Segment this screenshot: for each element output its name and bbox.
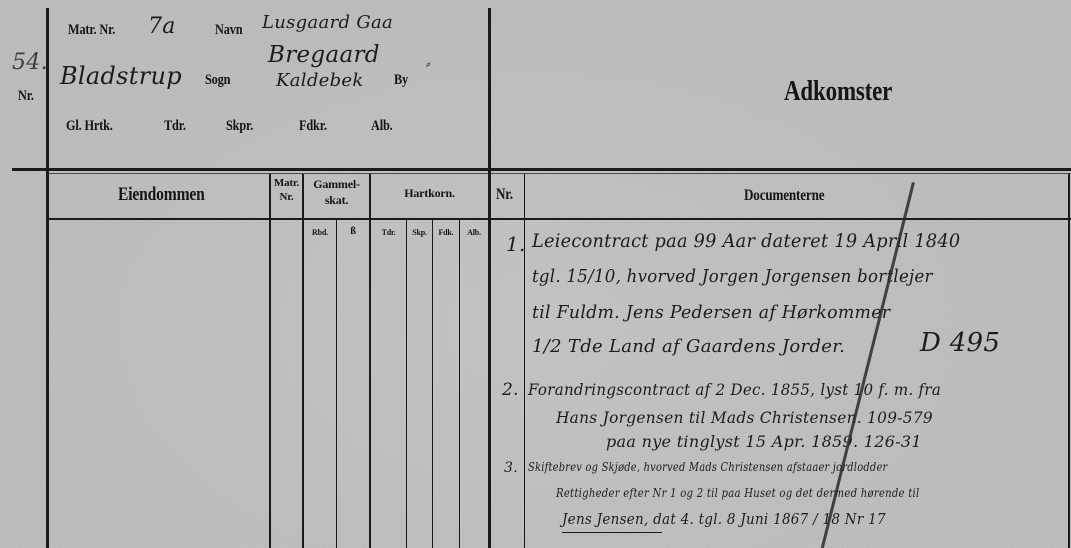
entry-3-line-1: Skiftebrev og Skjøde, hvorved Mads Chris… [528,460,887,474]
column-header-rule [48,218,1071,220]
left-border-line [46,8,49,548]
navn-value: Lusgaard Gaa [262,12,393,33]
tdr-label: Tdr. [164,118,186,135]
subcol-fdk: Fdk. [433,228,459,237]
col-line-rbd [336,220,337,548]
entry-1-line-5: D 495 [920,328,1000,358]
entry-2-line-3: paa nye tinglyst 15 Apr. 1859. 126-31 [606,432,922,451]
col-eiendommen: Eiendommen [118,184,205,206]
entry-3-line-2: Rettigheder efter Nr 1 og 2 til paa Huse… [556,486,919,500]
ledger-page: Matr. Nr. Navn Sogn By Nr. Gl. Hrtk. Tdr… [0,0,1071,548]
row-number-value: 54. [12,50,48,75]
subcol-skp: Skp. [407,228,432,237]
navn-label: Navn [215,22,242,39]
fdkr-label: Fdkr. [299,118,327,135]
col-line-tdr [406,220,407,548]
gl-hrtk-label: Gl. Hrtk. [66,118,113,135]
col-matr-nr: Matr. Nr. [271,176,302,204]
entry-3-name-underline [562,532,662,533]
header-rule-thin [48,173,1071,174]
row-number-label: Nr. [18,88,34,105]
sogn-value: Bladstrup [60,62,182,90]
subcol-alb: Alb. [460,228,488,237]
entry-3-line-3: Jens Jensen, dat 4. tgl. 8 Juni 1867 / 1… [562,510,886,528]
center-divider-line [488,8,491,548]
alb-label: Alb. [371,118,393,135]
skpr-label: Skpr. [226,118,253,135]
by-value-line1: Bregaard [268,42,380,68]
col-nr: Nr. [496,186,513,204]
col-line-skp [432,220,433,548]
matr-nr-label: Matr. Nr. [68,22,115,39]
entry-1-line-3: til Fuldm. Jens Pedersen af Hørkommer [532,302,890,323]
header-rule [12,168,1071,171]
entry-3-nr: 3. [504,460,518,476]
subcol-skilling: ß [337,226,369,237]
entry-1-line-4: 1/2 Tde Land af Gaardens Jorder. [532,336,845,357]
col-line-matr [269,174,271,548]
entry-2-line-1: Forandringscontract af 2 Dec. 1855, lyst… [528,380,941,399]
col-gammelskat: Gammel- skat. [304,176,369,208]
col-documenterne: Documenterne [744,187,824,205]
by-label: By [394,72,408,89]
by-value-line2: Kaldebek [276,70,364,91]
subcol-rbd: Rbd. [304,228,336,237]
col-hartkorn: Hartkorn. [371,186,488,201]
by-value-mark: ⸗ [426,56,431,73]
right-border-line [1068,174,1070,548]
entry-1-line-2: tgl. 15/10, hvorved Jorgen Jorgensen bor… [532,266,933,287]
entry-1-nr: 1. [506,232,526,256]
entry-2-nr: 2. [502,380,519,400]
subcol-tdr: Tdr. [371,228,406,237]
sogn-label: Sogn [205,72,230,89]
adkomster-title: Adkomster [784,76,892,108]
col-line-fdk [459,220,460,548]
col-line-nr-right [524,174,525,548]
matr-nr-value: 7a [148,14,176,39]
entry-2-line-2: Hans Jorgensen til Mads Christensen. 109… [556,408,933,427]
